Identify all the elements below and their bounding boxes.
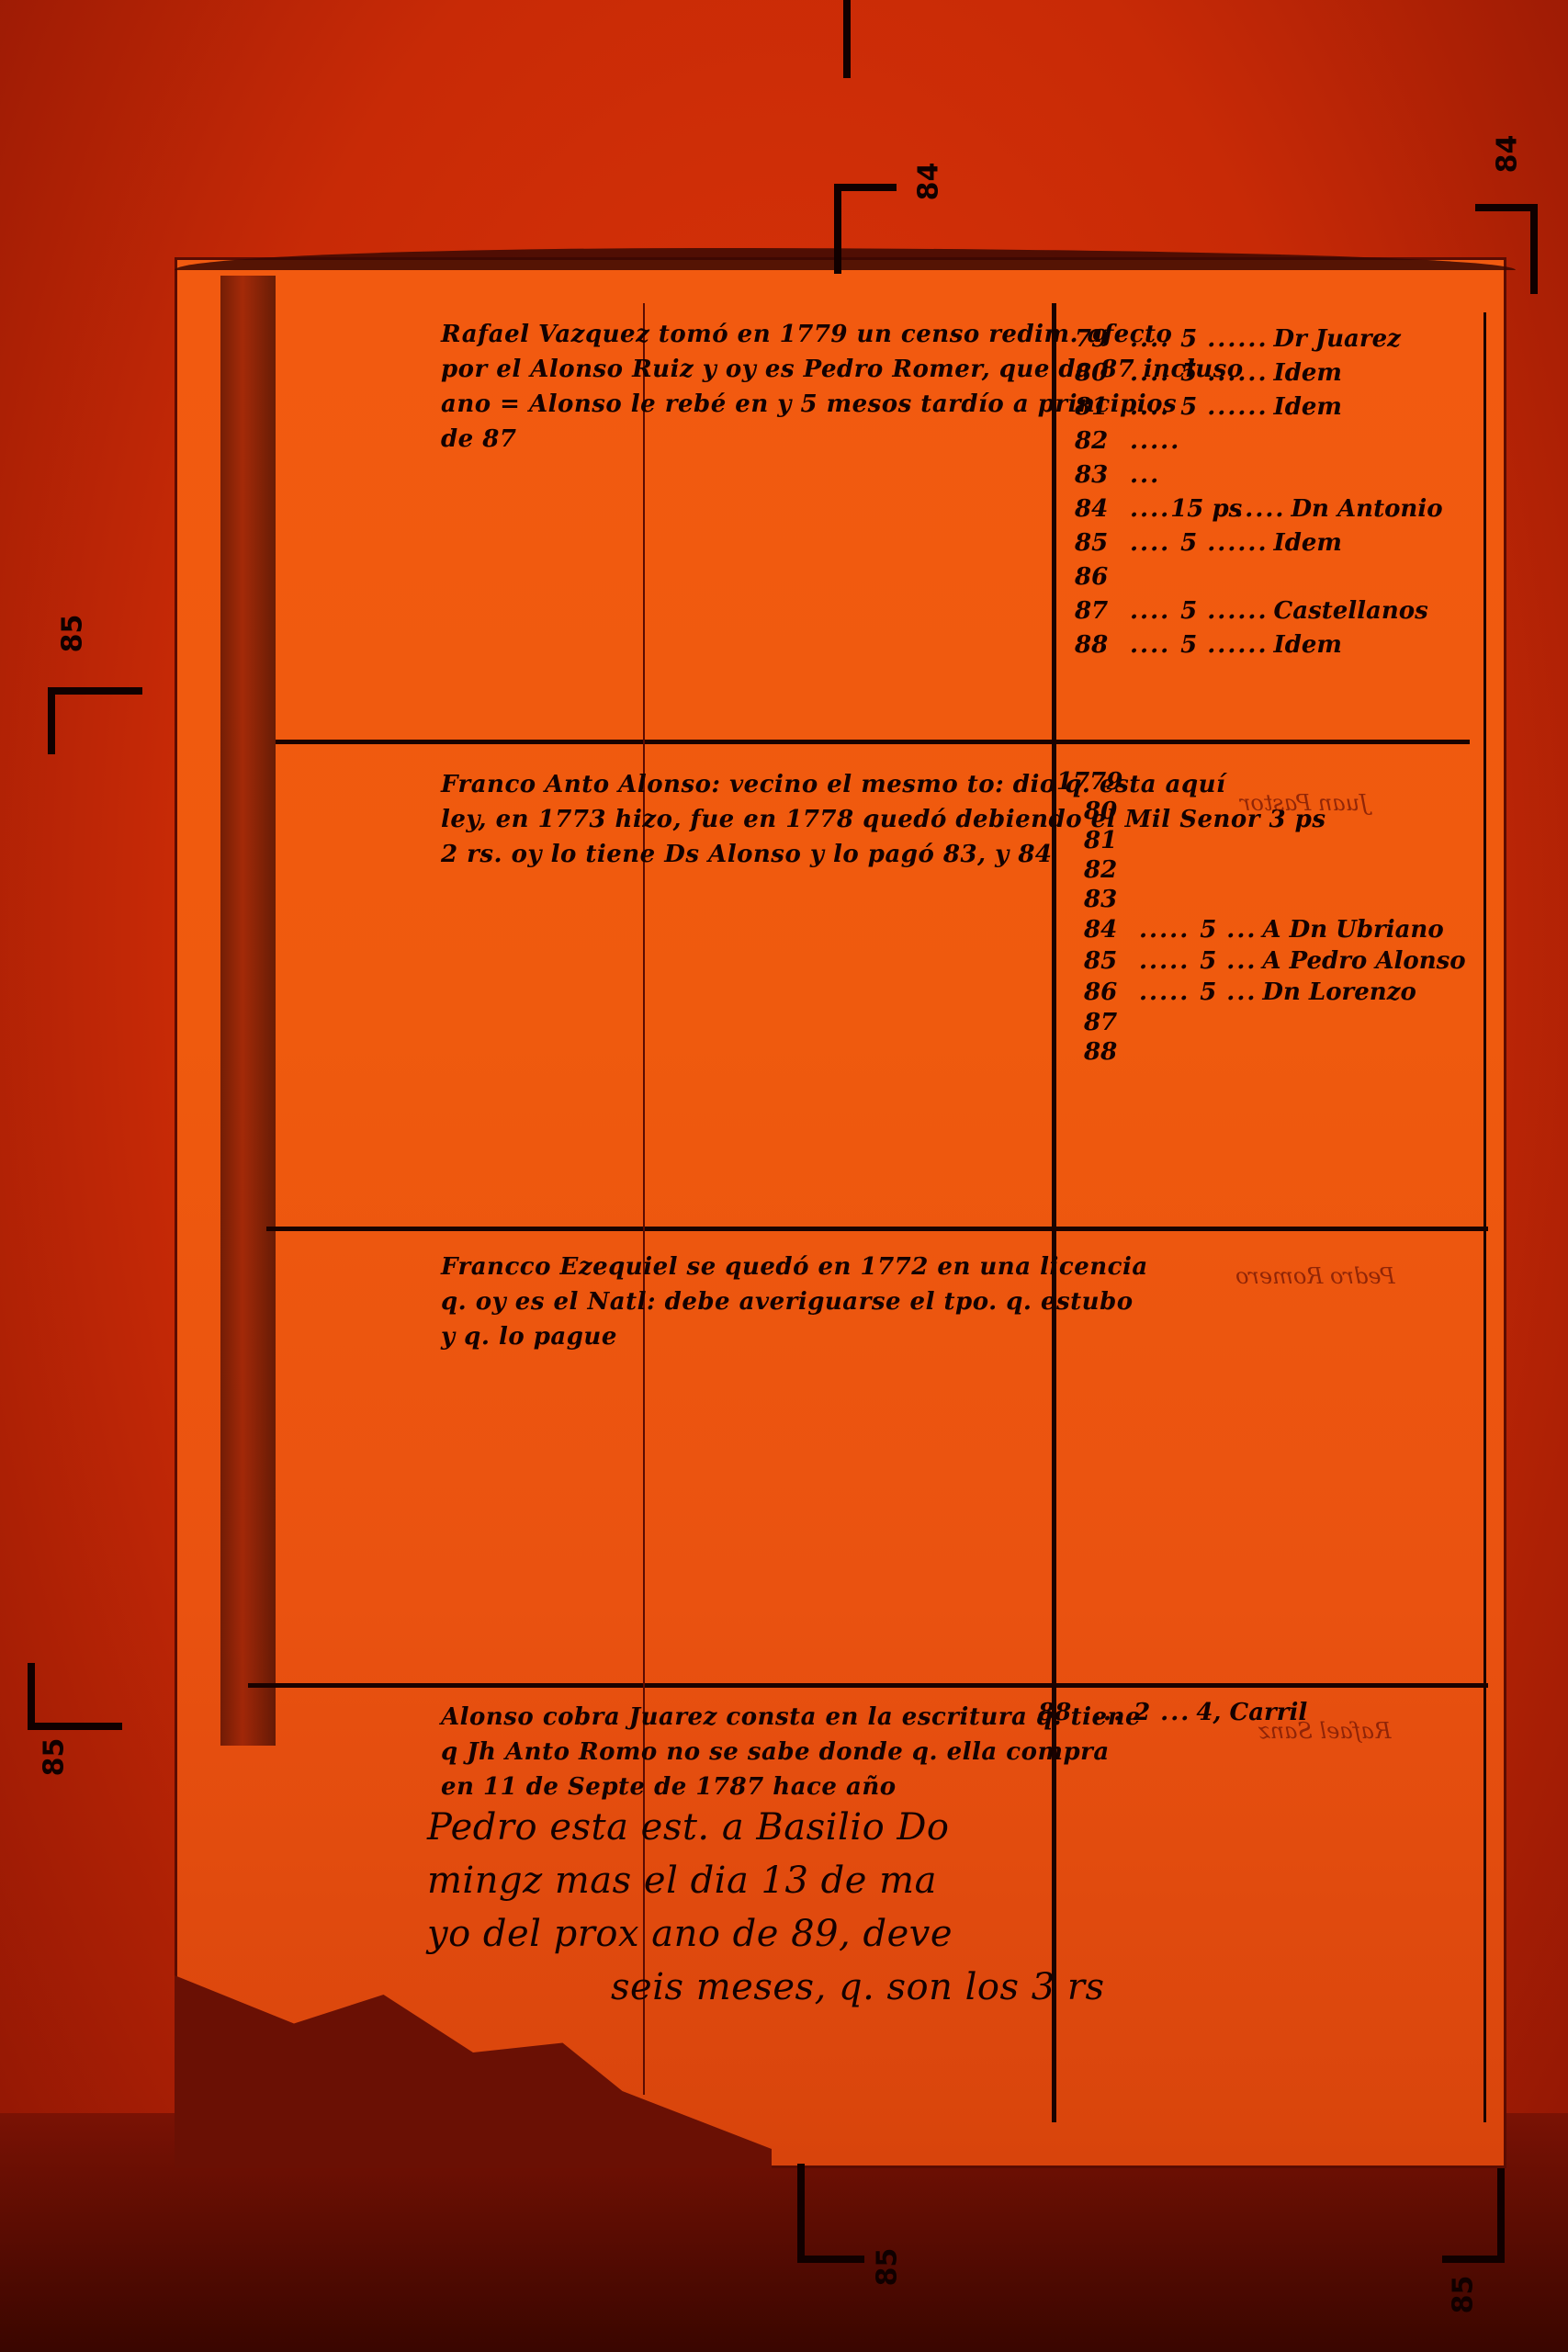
crop-mark-top-right bbox=[1475, 204, 1538, 294]
binding-stitching bbox=[220, 276, 276, 1746]
ledger-year: 80 bbox=[1075, 359, 1130, 387]
ledger-year: 87 bbox=[1056, 1009, 1139, 1036]
ledger-row: 82..... bbox=[1075, 424, 1443, 458]
ledger-year: 81 bbox=[1075, 393, 1130, 421]
ledger-year: 80 bbox=[1056, 797, 1139, 825]
ledger-amount: 5 bbox=[1170, 359, 1207, 387]
ledger-year: 81 bbox=[1056, 827, 1139, 854]
ledger-payer: Castellanos bbox=[1274, 597, 1428, 625]
annotation-line: yo del prox ano de 89, deve bbox=[427, 1907, 1105, 1961]
crop-mark-bottom-right bbox=[1442, 2168, 1505, 2263]
ledger-row: 85.....5...A Pedro Alonso bbox=[1056, 945, 1466, 977]
bleed-through-text: Pedro Romero bbox=[1235, 1263, 1395, 1289]
sheet-right-edge bbox=[1483, 312, 1486, 2122]
ledger-row: 85....5......Idem bbox=[1075, 526, 1443, 560]
ledger-row: 81 bbox=[1056, 826, 1466, 855]
entry-2-ledger: 1779 80 81 82 83 84.....5...A Dn Ubriano… bbox=[1056, 767, 1466, 1067]
entry-4-annotation: Pedro esta est. a Basilio Do mingz mas e… bbox=[427, 1801, 1105, 2014]
ledger-year: 85 bbox=[1075, 529, 1130, 557]
ledger-row: 1779 bbox=[1056, 767, 1466, 797]
ledger-payer: Idem bbox=[1274, 359, 1342, 387]
crop-mark-label: 84 bbox=[912, 163, 944, 201]
ledger-amount: 2 bbox=[1123, 1699, 1160, 1726]
ledger-year: 1779 bbox=[1056, 768, 1111, 796]
ledger-year: 83 bbox=[1056, 886, 1139, 913]
crop-mark-label: 85 bbox=[38, 1738, 70, 1777]
ledger-row: 81....5......Idem bbox=[1075, 390, 1443, 424]
ledger-year: 84 bbox=[1075, 495, 1130, 523]
ledger-amount: 5 bbox=[1170, 597, 1207, 625]
ledger-payer: Dn Antonio bbox=[1291, 495, 1442, 523]
ledger-row: 84....15 ps.....Dn Antonio bbox=[1075, 492, 1443, 526]
ledger-year: 82 bbox=[1075, 427, 1130, 455]
ledger-year: 82 bbox=[1056, 856, 1139, 884]
ledger-amount: 5 bbox=[1170, 393, 1207, 421]
row-divider-2 bbox=[266, 1227, 1488, 1231]
crop-mark-label: 85 bbox=[1447, 2276, 1479, 2314]
ledger-year: 88 bbox=[1038, 1699, 1093, 1726]
ledger-row: 83 bbox=[1056, 885, 1466, 914]
ledger-year: 86 bbox=[1075, 563, 1130, 591]
ledger-row: 79....5......Dr Juarez bbox=[1075, 322, 1443, 356]
entry-line: en 11 de Septe de 1787 hace año bbox=[441, 1770, 1141, 1804]
crop-mark-label: 85 bbox=[871, 2248, 903, 2287]
entry-line: Francco Ezequiel se quedó en 1772 en una… bbox=[441, 1249, 1148, 1284]
ledger-amount: 5 bbox=[1190, 947, 1226, 975]
ledger-row: 88....5......Idem bbox=[1075, 628, 1443, 661]
ledger-row: 80....5......Idem bbox=[1075, 356, 1443, 390]
annotation-line: seis meses, q. son los 3 rs bbox=[427, 1961, 1105, 2014]
row-divider-3 bbox=[248, 1683, 1488, 1688]
ledger-year: 85 bbox=[1056, 947, 1139, 975]
ledger-year: 87 bbox=[1075, 597, 1130, 625]
entry-3-text: Francco Ezequiel se quedó en 1772 en una… bbox=[441, 1249, 1148, 1354]
row-divider-1 bbox=[276, 740, 1470, 744]
ledger-year: 84 bbox=[1056, 916, 1139, 944]
ledger-row: 83... bbox=[1075, 458, 1443, 492]
crop-mark-left-lower bbox=[28, 1663, 122, 1730]
ledger-row: 86.....5...Dn Lorenzo bbox=[1056, 977, 1466, 1008]
ledger-year: 88 bbox=[1075, 631, 1130, 659]
annotation-line: mingz mas el dia 13 de ma bbox=[427, 1854, 1105, 1907]
crop-mark-bottom-center bbox=[797, 2164, 864, 2263]
entry-line: q. oy es el Natl: debe averiguarse el tp… bbox=[441, 1284, 1148, 1319]
ledger-row: 87....5......Castellanos bbox=[1075, 594, 1443, 628]
ledger-payer: Idem bbox=[1274, 393, 1342, 421]
ledger-year: 83 bbox=[1075, 461, 1130, 489]
ledger-year: 88 bbox=[1056, 1038, 1139, 1066]
ledger-amount: 5 bbox=[1190, 916, 1226, 944]
ledger-row: 80 bbox=[1056, 797, 1466, 826]
ledger-row: 86 bbox=[1075, 560, 1443, 594]
ledger-payer: Dr Juarez bbox=[1274, 325, 1401, 353]
ledger-amount: 15 ps bbox=[1170, 495, 1235, 523]
ledger-amount: 5 bbox=[1170, 529, 1207, 557]
ledger-amount: 5 bbox=[1170, 631, 1207, 659]
ledger-payer: Dn Lorenzo bbox=[1262, 978, 1416, 1006]
ledger-amount: 5 bbox=[1170, 325, 1207, 353]
crop-mark-left-upper bbox=[48, 687, 142, 754]
entry-1-ledger: 79....5......Dr Juarez 80....5......Idem… bbox=[1075, 322, 1443, 661]
crop-mark-label: 84 bbox=[1491, 135, 1523, 174]
ledger-payer: Idem bbox=[1274, 529, 1342, 557]
entry-line: q Jh Anto Romo no se sabe donde q. ella … bbox=[441, 1735, 1141, 1770]
ledger-row: 87 bbox=[1056, 1008, 1466, 1037]
ledger-payer: A Dn Ubriano bbox=[1262, 916, 1443, 944]
entry-line: Alonso cobra Juarez consta en la escritu… bbox=[441, 1700, 1141, 1735]
crop-mark-label: 85 bbox=[56, 615, 88, 653]
crop-mark-top-center-stub bbox=[843, 0, 851, 78]
entry-4-text: Alonso cobra Juarez consta en la escritu… bbox=[441, 1700, 1141, 1804]
ledger-row: 84.....5...A Dn Ubriano bbox=[1056, 914, 1466, 945]
crop-mark-top-center bbox=[834, 184, 897, 274]
bleed-through-text: Rafael Sanz bbox=[1258, 1718, 1391, 1744]
ledger-amount: 5 bbox=[1190, 978, 1226, 1006]
ledger-payer: Idem bbox=[1274, 631, 1342, 659]
ledger-year: 79 bbox=[1075, 325, 1130, 353]
ledger-year: 86 bbox=[1056, 978, 1139, 1006]
entry-line: y q. lo pague bbox=[441, 1319, 1148, 1354]
annotation-line: Pedro esta est. a Basilio Do bbox=[427, 1801, 1105, 1854]
ledger-row: 88 bbox=[1056, 1037, 1466, 1067]
ledger-payer: A Pedro Alonso bbox=[1262, 947, 1465, 975]
ledger-row: 82 bbox=[1056, 855, 1466, 885]
